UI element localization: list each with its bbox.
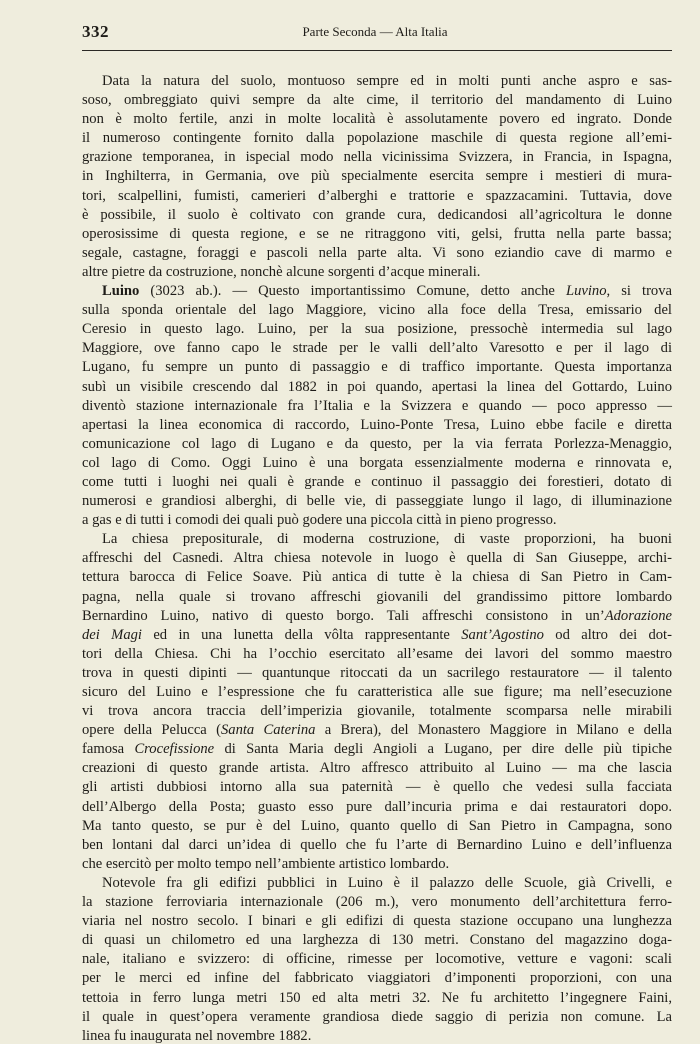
text-line: famosa Crocefissione di Santa Maria degl… [82, 740, 672, 759]
text-line: segale, castagne, foraggi e pascoli nell… [82, 244, 672, 263]
text-run: il numeroso contingente fornito dalla po… [82, 130, 672, 146]
text-line: opere della Pelucca (Santa Caterina a Br… [82, 721, 672, 740]
text-line: sulla sponda orientale del lago Maggiore… [82, 301, 672, 320]
text-run: apertasi la linea economica di raccordo,… [82, 417, 672, 433]
text-run: per le merci ed infine del fabbricato vi… [82, 970, 672, 986]
text-line: apertasi la linea economica di raccordo,… [82, 416, 672, 435]
text-line: la stazione ferroviaria internazionale (… [82, 893, 672, 912]
text-line: subì un visibile crescendo dal 1882 in p… [82, 378, 672, 397]
text-run: famosa [82, 741, 134, 757]
text-run: opere della Pelucca ( [82, 722, 221, 738]
text-run: di quasi un chilometro ed una larghezza … [82, 932, 672, 948]
text-run: La chiesa prepositurale, di moderna cost… [102, 531, 672, 547]
text-run: comunicazione col lago di Lugano e da qu… [82, 436, 672, 452]
text-run: subì un visibile crescendo dal 1882 in p… [82, 379, 672, 395]
paragraph: Luino (3023 ab.). — Questo importantissi… [82, 282, 672, 530]
text-run: ed in una lunetta della vôlta rappresent… [142, 627, 461, 643]
text-run: operosissime di questa regione, e se ne … [82, 226, 672, 242]
text-run: affreschi del Casnedi. Altra chiesa note… [82, 550, 672, 566]
text-run: Lugano, fu sempre un punto di passaggio … [82, 359, 672, 375]
text-line: Luino (3023 ab.). — Questo importantissi… [82, 282, 672, 301]
text-run: Bernardino Luino, nativo di questo borgo… [82, 608, 605, 624]
text-run: il quale in quest’opera veramente grandi… [82, 1009, 672, 1025]
text-line: comunicazione col lago di Lugano e da qu… [82, 435, 672, 454]
text-line: Data la natura del suolo, montuoso sempr… [82, 72, 672, 91]
text-line: di quasi un chilometro ed una larghezza … [82, 931, 672, 950]
text-run: tori della Chiesa. Chi ha l’occhio eserc… [82, 646, 672, 662]
italic-text: Crocefissione [134, 741, 214, 757]
text-run: ben lontani dal darci un’idea di quello … [82, 837, 672, 853]
text-run: creazioni di questo grande artista. Altr… [82, 760, 672, 776]
text-run: non è molto fertile, anzi in molte local… [82, 111, 672, 127]
italic-text: Sant’Agostino [461, 627, 544, 643]
text-line: è possibile, il suolo è coltivato con gr… [82, 206, 672, 225]
text-line: il quale in quest’opera veramente grandi… [82, 1008, 672, 1027]
text-line: gli artisti dubbiosi intorno alla sua pa… [82, 778, 672, 797]
text-run: dell’Albergo della Posta; guasto esso pu… [82, 799, 672, 815]
text-run: tettoia in ferro lunga metri 150 ed alta… [82, 990, 672, 1006]
text-line: in Inghilterra, in Germania, ove più spe… [82, 167, 672, 186]
text-line: a gas e di tutti i comodi dei quali può … [82, 511, 672, 530]
text-line: sicuro del Luino e l’espressione che fu … [82, 683, 672, 702]
text-run: grazione temporanea, in ispecial modo ne… [82, 149, 672, 165]
bold-text: Luino [102, 283, 139, 299]
text-line: La chiesa prepositurale, di moderna cost… [82, 530, 672, 549]
text-line: Ma tanto questo, se pur è del Luino, qua… [82, 817, 672, 836]
text-line: come tutti i luoghi nei quali è grande e… [82, 473, 672, 492]
text-run: vi trova ancora traccia dell’imperizia g… [82, 703, 672, 719]
text-run: col lago di Como. Oggi Luino è una borga… [82, 455, 672, 471]
text-run: la stazione ferroviaria internazionale (… [82, 894, 672, 910]
text-line: tettura barocca di Felice Soave. Più ant… [82, 568, 672, 587]
text-run: in Inghilterra, in Germania, ove più spe… [82, 168, 672, 184]
text-line: trova in questi dipinti — quantunque rit… [82, 664, 672, 683]
paragraph: La chiesa prepositurale, di moderna cost… [82, 530, 672, 874]
text-run: segale, castagne, foraggi e pascoli nell… [82, 245, 672, 261]
italic-text: Adorazione [605, 608, 672, 624]
text-line: vi trova ancora traccia dell’imperizia g… [82, 702, 672, 721]
paragraph: Data la natura del suolo, montuoso sempr… [82, 72, 672, 282]
text-line: viaria nel nostro secolo. I binari e gli… [82, 912, 672, 931]
text-run: Ceresio in questo lago. Luino, per la su… [82, 321, 672, 337]
text-line: col lago di Como. Oggi Luino è una borga… [82, 454, 672, 473]
text-line: tettoia in ferro lunga metri 150 ed alta… [82, 989, 672, 1008]
text-line: numerosi e grandiosi alberghi, di belle … [82, 492, 672, 511]
text-line: per le merci ed infine del fabbricato vi… [82, 969, 672, 988]
text-run: che esercitò per molto tempo nell’ambien… [82, 856, 449, 872]
text-run: a gas e di tutti i comodi dei quali può … [82, 512, 557, 528]
paragraph: Notevole fra gli edifizi pubblici in Lui… [82, 874, 672, 1044]
text-line: dell’Albergo della Posta; guasto esso pu… [82, 798, 672, 817]
italic-text: Luvino [566, 283, 607, 299]
text-run: sulla sponda orientale del lago Maggiore… [82, 302, 672, 318]
text-line: soso, ombreggiato quivi sempre da alte c… [82, 91, 672, 110]
text-run: tori, scalpellini, fumisti, camerieri d’… [82, 188, 672, 204]
text-line: ben lontani dal darci un’idea di quello … [82, 836, 672, 855]
header-rule [82, 50, 672, 51]
text-line: dei Magi ed in una lunetta della vôlta r… [82, 626, 672, 645]
text-line: il numeroso contingente fornito dalla po… [82, 129, 672, 148]
text-run: è possibile, il suolo è coltivato con gr… [82, 207, 672, 223]
text-run: Notevole fra gli edifizi pubblici in Lui… [102, 875, 672, 891]
running-title: Parte Seconda — Alta Italia [82, 24, 668, 40]
text-run: Maggiore, ove fanno capo le strade per l… [82, 340, 672, 356]
text-run: di Santa Maria degli Angioli a Lugano, p… [214, 741, 672, 757]
text-run: numerosi e grandiosi alberghi, di belle … [82, 493, 672, 509]
text-line: altre pietre da costruzione, nonchè alcu… [82, 263, 672, 282]
text-line: tori, scalpellini, fumisti, camerieri d’… [82, 187, 672, 206]
text-line: diventò stazione internazionale fra l’It… [82, 397, 672, 416]
text-line: Lugano, fu sempre un punto di passaggio … [82, 358, 672, 377]
text-line: Ceresio in questo lago. Luino, per la su… [82, 320, 672, 339]
text-line: linea fu inaugurata nel novembre 1882. [82, 1027, 672, 1044]
text-run: , si trova [607, 283, 673, 299]
text-run: sicuro del Luino e l’espressione che fu … [82, 684, 672, 700]
italic-text: Santa Caterina [221, 722, 315, 738]
text-run: Ma tanto questo, se pur è del Luino, qua… [82, 818, 672, 834]
text-run: tettura barocca di Felice Soave. Più ant… [82, 569, 672, 585]
text-line: Notevole fra gli edifizi pubblici in Lui… [82, 874, 672, 893]
text-run: viaria nel nostro secolo. I binari e gli… [82, 913, 672, 929]
text-line: creazioni di questo grande artista. Altr… [82, 759, 672, 778]
text-run: diventò stazione internazionale fra l’It… [82, 398, 672, 414]
text-line: affreschi del Casnedi. Altra chiesa note… [82, 549, 672, 568]
text-run: altre pietre da costruzione, nonchè alcu… [82, 264, 480, 280]
text-line: che esercitò per molto tempo nell’ambien… [82, 855, 672, 874]
text-run: come tutti i luoghi nei quali è grande e… [82, 474, 672, 490]
page-header: 332 Parte Seconda — Alta Italia [82, 22, 668, 44]
body-text: Data la natura del suolo, montuoso sempr… [82, 72, 672, 1044]
text-line: non è molto fertile, anzi in molte local… [82, 110, 672, 129]
text-line: Bernardino Luino, nativo di questo borgo… [82, 607, 672, 626]
text-run: trova in questi dipinti — quantunque rit… [82, 665, 672, 681]
text-run: (3023 ab.). — Questo importantissimo Com… [139, 283, 566, 299]
text-line: operosissime di questa regione, e se ne … [82, 225, 672, 244]
text-run: od altro dei dot- [544, 627, 672, 643]
text-run: nale, italiano e svizzero: di officine, … [82, 951, 672, 967]
text-line: nale, italiano e svizzero: di officine, … [82, 950, 672, 969]
text-line: Maggiore, ove fanno capo le strade per l… [82, 339, 672, 358]
text-run: a Brera), del Monastero Maggiore in Mila… [315, 722, 672, 738]
text-run: soso, ombreggiato quivi sempre da alte c… [82, 92, 672, 108]
text-run: linea fu inaugurata nel novembre 1882. [82, 1028, 311, 1044]
text-line: pagna, nella quale si trovano affreschi … [82, 588, 672, 607]
italic-text: dei Magi [82, 627, 142, 643]
text-run: gli artisti dubbiosi intorno alla sua pa… [82, 779, 672, 795]
text-run: Data la natura del suolo, montuoso sempr… [102, 73, 672, 89]
text-line: grazione temporanea, in ispecial modo ne… [82, 148, 672, 167]
text-run: pagna, nella quale si trovano affreschi … [82, 589, 672, 605]
text-line: tori della Chiesa. Chi ha l’occhio eserc… [82, 645, 672, 664]
